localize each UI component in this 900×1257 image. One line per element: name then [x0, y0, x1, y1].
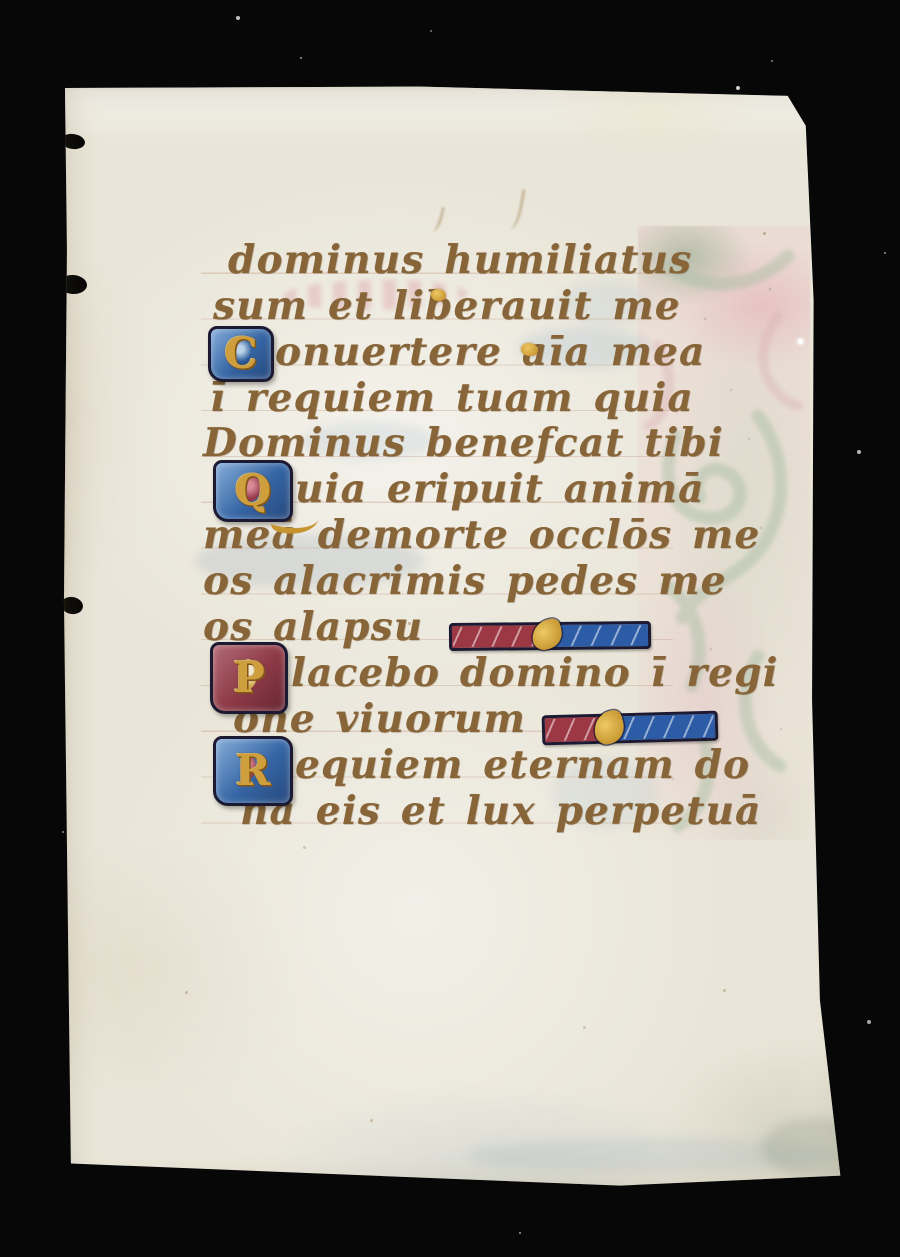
- line-text: dominus humiliatus: [228, 237, 692, 283]
- gold-fleck: [431, 289, 446, 301]
- line-text: os alacrimis pedes me: [203, 558, 727, 604]
- ghost-pen-stroke: [428, 205, 445, 233]
- manuscript-text-line: lacebo domino ī regi: [291, 651, 779, 697]
- photo-background: dominus humiliatus sum et liberauit me o…: [0, 0, 900, 1257]
- initial-letter: P: [233, 657, 265, 699]
- line-filler-ornament: [449, 620, 651, 650]
- manuscript-text-line: equiem eternam do: [295, 743, 750, 789]
- binding-hole: [60, 595, 85, 616]
- line-text: lacebo domino ī regi: [291, 650, 779, 696]
- manuscript-text-line: os alacrimis pedes me: [203, 559, 727, 605]
- gold-fleck: [521, 343, 538, 356]
- illuminated-initial-P: P: [210, 642, 288, 714]
- parchment-specks: [63, 86, 66, 89]
- line-text: na eis et lux perpetuā: [240, 788, 762, 834]
- gold-leaf-motif: [530, 617, 566, 652]
- manuscript-text-line: dominus humiliatus: [228, 238, 692, 284]
- illuminated-initial-R: R: [213, 736, 293, 806]
- corner-smudge: [761, 1118, 883, 1178]
- gold-leaf-motif: [591, 708, 628, 746]
- initial-letter: Q: [235, 470, 272, 512]
- bright-speck: [798, 339, 803, 344]
- line-text: sum et liberauit me: [213, 283, 681, 329]
- manuscript-text-line: sum et liberauit me: [213, 284, 681, 330]
- ghost-pen-stroke: [503, 187, 525, 231]
- binding-hole: [60, 132, 86, 150]
- initial-letter: R: [236, 750, 271, 792]
- illuminated-initial-Q: Q: [213, 460, 293, 522]
- manuscript-text-line: onuertere aīa mea: [275, 330, 706, 376]
- illuminated-initial-C: C: [208, 326, 274, 382]
- manuscript-text-line: na eis et lux perpetuā: [240, 789, 762, 835]
- pigment-specks: [638, 226, 640, 228]
- line-text: ī requiem tuam quia: [210, 375, 694, 421]
- binding-hole: [58, 274, 87, 295]
- manuscript-text-line: uia eripuit animā: [295, 467, 705, 513]
- manuscript-text-line: ī requiem tuam quia: [210, 376, 694, 422]
- initial-letter: C: [224, 333, 257, 375]
- manuscript-leaf: dominus humiliatus sum et liberauit me o…: [63, 86, 849, 1190]
- line-text: uia eripuit animā: [295, 466, 705, 512]
- manuscript-text-line: one viuorum: [233, 697, 718, 743]
- line-text: equiem eternam do: [295, 742, 750, 788]
- line-text: onuertere aīa mea: [275, 329, 706, 375]
- line-filler-ornament: [542, 710, 719, 745]
